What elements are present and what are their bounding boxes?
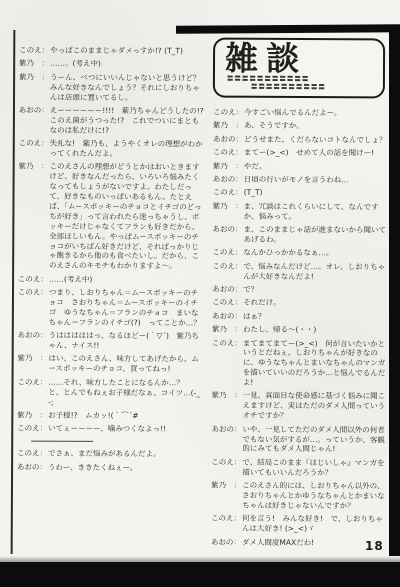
dialogue-line: このえ： ……(考え中) [18,274,203,285]
speech-text: ……それ、味方したことになるんか…？ と、とんでもねぇお子様だなぁ、コイツ…(-… [48,377,202,407]
dialogue-line: あおの： うわー、ききたくねぇー。 [17,462,202,473]
speaker-name: 紫乃 ： [213,121,244,131]
dialogue-line: あおの： うはははははっ、なるほどー(｀▽´) 紫乃ちゃん、ナイス!! [18,331,203,352]
dialogue-line: あおの： ま、このままじゃ話が進まないから聞いてあげるわ。 [212,225,386,246]
dialogue-line: このえ： つまり、しおりちゃん＝ムースポッキーのチョコ さおりちゃん＝ムースポッ… [18,288,203,329]
speaker-name: このえ： [17,449,48,459]
dialogue-line: あおの： はぁ？ [212,311,386,322]
dialogue-line: 紫乃 ： うーん、べつにいいんじゃないと思うけど？ みんな好きなんでしょう？それ… [19,72,204,103]
speaker-name: このえ： [212,338,243,388]
speech-text: このえさん的には、しおりちゃん以外の、さおりちゃんとかゆうなちゃんとかまいなちゃ… [242,481,385,511]
dialogue-line: 紫乃 ： 一見、真面目な使命感に基づく悩みに聞こえますけど、実はただのダメ人間っ… [212,391,386,422]
speech-text: で？ [243,285,386,296]
speech-text: どうせまた、くだらないコトなんでしょ？ [244,134,387,145]
speech-text: (T_T) [244,188,387,199]
title-decoration-line2: 〓〓〓〓〓〓〓〓〓〓 [251,83,375,91]
speech-text: うーん、べつにいいんじゃないと思うけど？ みんな好きなんでしょう？それにしおりち… [50,72,204,102]
speech-text: ま、このままじゃ話が進まないから聞いてあげるわ。 [243,225,386,246]
speaker-name: 紫乃 ： [19,59,50,69]
speaker-name: 紫乃 ： [18,162,50,271]
dialogue-line: このえ： まてー(>_<) せめて人の話を聞けー! [213,148,387,159]
title-box: 雑談 〓〓〓〓〓〓〓〓〓〓〓 〓〓〓〓〓〓〓〓〓〓 [213,38,385,99]
dialogue-line: 紫乃 ： あ、そうですか。 [213,121,387,132]
speech-text: 日頃の行いがモノを言うわね… [244,175,387,186]
speaker-name: あおの： [19,105,50,135]
dialogue-line: このえ： まてまてまてー(>_<) 何が言いたいかというとだねぇ、しおりちゃんが… [212,338,386,388]
speaker-name: あおの： [213,134,244,144]
dialogue-line: 紫乃 ： やだ。 [213,161,387,172]
speaker-name: 紫乃 ： [19,72,50,102]
dialogue-line: このえ： 失礼な! 紫乃も、ようやくオレの理想がわかってくれたんだよ。 [19,139,204,160]
dialogue-line: あおの： ダメ人間度MAXだわ! [211,537,385,548]
speech-text: で、悩みなんだけど…。オレ、しおりちゃんが大好きなんだよ! [243,261,386,282]
dialogue-column-right: このえ： 今すごい悩んでるんだよー。 紫乃 ： あ、そうですか。 あおの： どう… [211,108,387,552]
speaker-name: あおの： [212,225,243,245]
dialogue-line: このえ： ……それ、味方したことになるんか…？ と、とんでもねぇお子様だなぁ、コ… [17,377,202,408]
section-divider [31,441,93,442]
speaker-name: このえ： [213,188,244,198]
dialogue-column-left-main: このえ： やっぱこのままじゃダメっすか!? (T_T) 紫乃 ： ……。(考え中… [17,46,204,435]
dialogue-line: このえ： なんかひっかかるなぁ…。 [212,248,386,259]
dialogue-line: 紫乃 ： ま、冗談はこれくらいにして、なんですか、悩みって。 [213,201,387,222]
speech-text: なんかひっかかるなぁ…。 [243,248,386,259]
speaker-name: あおの： [17,462,48,472]
dialogue-line: あおの： どうせまた、くだらないコトなんでしょ？ [213,134,387,145]
speaker-name: このえ： [19,46,50,56]
speech-text: ……。(考え中) [50,59,204,70]
dialogue-line: あおの： で？ [212,285,386,296]
speaker-name: 紫乃 ： [213,201,244,221]
speaker-name: 紫乃 ： [212,391,243,421]
speaker-name: このえ： [17,377,48,407]
speech-text: それだけ。 [243,298,386,309]
speech-text: 失礼な! 紫乃も、ようやくオレの理想がわかってくれたんだよ。 [50,139,204,160]
speaker-name: 紫乃 ： [17,410,48,420]
speech-text: まてー(>_<) せめて人の話を聞けー! [244,148,387,159]
dialogue-line: このえ： 今すごい悩んでるんだよー。 [213,108,387,119]
dialogue-line: このえ： で、結局このまま『はじいしゃ』マンガを描いてもいいんだろうか？ [211,457,385,478]
speaker-name: このえ： [213,148,244,158]
dialogue-line: 紫乃 ： お子様!? ムカッ!(｀⌒´# [17,410,202,421]
speaker-name: 紫乃 ： [211,481,242,511]
scan-edge-right [389,26,400,564]
scanned-page: 雑談 〓〓〓〓〓〓〓〓〓〓〓 〓〓〓〓〓〓〓〓〓〓 このえ： 今すごい悩んでるん… [0,0,400,587]
page-title: 雑談 [225,42,375,77]
dialogue-column-left: このえ： やっぱこのままじゃダメっすか!? (T_T) 紫乃 ： ……。(考え中… [17,46,204,477]
speech-text: えーーーーーー!!!! 紫乃ちゃんどうしたの!? このえ菌がうつった!? これで… [50,106,204,136]
speaker-name: あおの： [212,311,243,321]
dialogue-line: 紫乃 ： わたし、帰る〜(・・) [212,325,386,336]
speaker-name: このえ： [211,457,242,477]
speech-text: いや、一見してただのダメ人間以外の何者でもない気がするが…。っていうか、客観的に… [242,424,385,454]
dialogue-line: このえ： で、悩みなんだけど…。オレ、しおりちゃんが大好きなんだよ! [212,261,386,282]
speaker-name: 紫乃 ： [213,161,244,171]
dialogue-line: このえ： (T_T) [213,188,387,199]
speech-text: やっぱこのままじゃダメっすか!? (T_T) [50,46,204,57]
speaker-name: このえ： [212,261,243,281]
speech-text: 何を言う! みんな好き! で、しおりちゃんは大好き! (>_<)ゞ [242,514,385,535]
speech-text: ダメ人間度MAXだわ! [242,537,385,548]
speech-text: で、結局このまま『はじいしゃ』マンガを描いてもいいんだろうか？ [242,458,385,479]
dialogue-line: このえ： いてぇーーーー、噛みつくなよっ!! [17,424,202,435]
speaker-name: このえ： [211,514,242,534]
speech-text: うはははははっ、なるほどー(｀▽´) 紫乃ちゃん、ナイス!! [49,331,203,352]
dialogue-column-left-footer: このえ： でさぁ、まだ悩みがあるんだよ。 あおの： うわー、ききたくねぇー。 [17,449,202,473]
speech-text: うわー、ききたくねぇー。 [48,462,202,473]
dialogue-line: このえ： 何を言う! みんな好き! で、しおりちゃんは大好き! (>_<)ゞ [211,514,385,535]
dialogue-line: 紫乃 ： このえさんの理想がどうとかはおいときますけど。好きなんだったら、いろい… [18,162,204,272]
dialogue-line: このえ： でさぁ、まだ悩みがあるんだよ。 [17,449,202,460]
speech-text: お子様!? ムカッ!(｀⌒´# [48,411,202,422]
dialogue-line: 紫乃 ： はい、このえさん、味方してあげたから、ムースポッキーのチョコ、買ってね… [17,354,202,375]
dialogue-line: このえ： それだけ。 [212,298,386,309]
speech-text: はい、このえさん、味方してあげたから、ムースポッキーのチョコ、買ってねっ! [48,354,202,375]
speaker-name: 紫乃 ： [212,325,243,335]
dialogue-line: このえ： やっぱこのままじゃダメっすか!? (T_T) [19,46,204,57]
speaker-name: このえ： [212,248,243,258]
dialogue-line: あおの： 日頃の行いがモノを言うわね… [213,174,387,185]
speaker-name: このえ： [213,108,244,118]
speech-text: まてまてまてー(>_<) 何が言いたいかというとだねぇ、しおりちゃんが好きなのに… [243,338,386,388]
scan-edge-top [176,24,400,34]
speaker-name: このえ： [19,139,50,159]
speaker-name: このえ： [18,288,49,328]
speech-text: 今すごい悩んでるんだよー。 [244,108,387,119]
speech-text: いてぇーーーー、噛みつくなよっ!! [48,424,202,435]
speaker-name: このえ： [212,298,243,308]
speech-text: やだ。 [244,161,387,172]
speech-text: はぁ？ [243,311,386,322]
dialogue-line: 紫乃 ： このえさん的には、しおりちゃん以外の、さおりちゃんとかゆうなちゃんとか… [211,481,385,512]
speech-text: わたし、帰る〜(・・) [243,325,386,336]
dialogue-line: あおの： いや、一見してただのダメ人間以外の何者でもない気がするが…。っていうか… [211,424,385,455]
speech-text: このえさんの理想がどうとかはおいときますけど。好きなんだったら、いろいろ悩みたく… [49,162,204,272]
speaker-name: あおの： [211,537,242,547]
speech-text: ……(考え中) [49,274,203,285]
speech-text: つまり、しおりちゃん＝ムースポッキーのチョコ さおりちゃん＝ムースポッキーのイチ… [49,288,203,328]
speech-text: でさぁ、まだ悩みがあるんだよ。 [48,449,202,460]
speaker-name: あおの： [18,331,49,351]
speaker-name: 紫乃 ： [17,354,48,374]
speaker-name: このえ： [18,274,49,284]
dialogue-line: 紫乃 ： ……。(考え中) [19,59,204,70]
speech-text: ま、冗談はこれくらいにして、なんですか、悩みって。 [244,201,387,222]
speaker-name: このえ： [17,424,48,434]
left-rule-line [11,30,16,554]
speech-text: あ、そうですか。 [244,121,387,132]
speaker-name: あおの： [211,424,242,454]
speaker-name: あおの： [213,174,244,184]
speaker-name: あおの： [212,285,243,295]
page-number: 18 [365,539,384,553]
speech-text: 一見、真面目な使命感に基づく悩みに聞こえますけど、実はただのダメ人間っていうオチ… [243,391,386,421]
dialogue-line: あおの： えーーーーーー!!!! 紫乃ちゃんどうしたの!? このえ菌がうつった!… [19,105,204,136]
scan-edge-bottom [0,562,400,587]
